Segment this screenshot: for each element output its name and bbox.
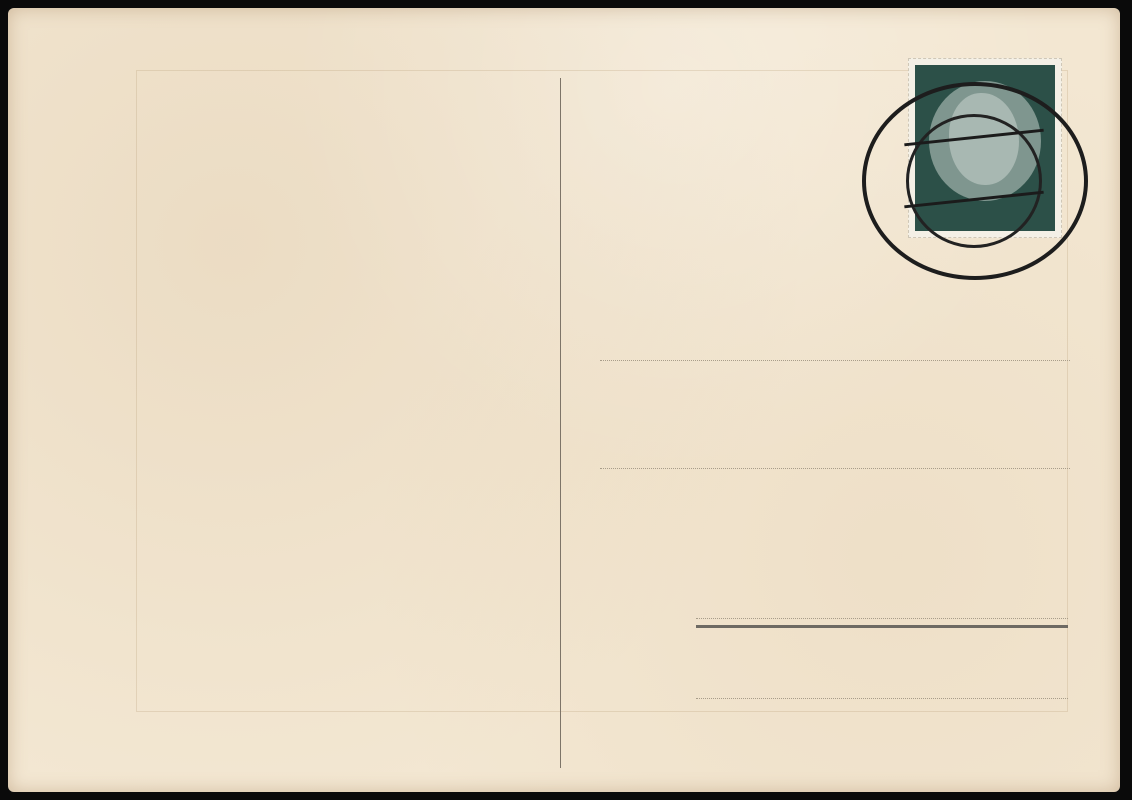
postmark xyxy=(862,82,1088,280)
postmark-inner-ring xyxy=(906,114,1042,248)
address-underline xyxy=(696,625,1068,628)
address-line-4 xyxy=(696,698,1068,699)
address-line-1 xyxy=(600,360,1070,361)
address-line-3 xyxy=(696,618,1068,619)
address-line-2 xyxy=(600,468,1070,469)
center-divider-line xyxy=(560,78,561,768)
